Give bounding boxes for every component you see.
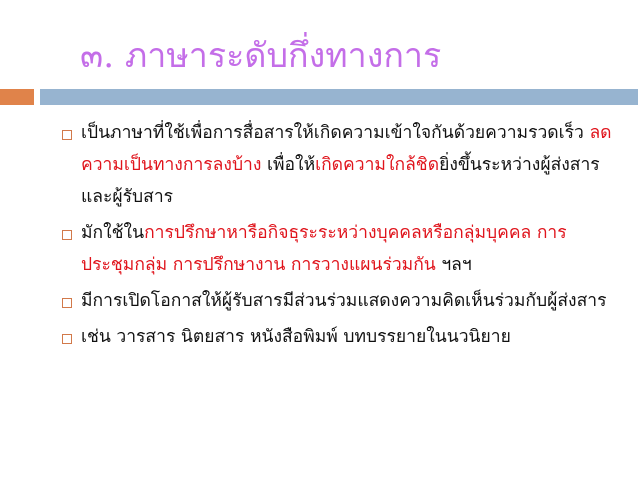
bullet-text: มีการเปิดโอกาสให้ผู้รับสารมีส่วนร่วมแสดง… — [81, 291, 607, 311]
bullet-text: เช่น วารสาร นิตยสาร หนังสือพิมพ์ บทบรรยา… — [81, 327, 511, 347]
highlighted-text: เกิดความใกล้ชิด — [315, 155, 439, 175]
accent-bar-orange — [0, 89, 34, 105]
accent-bar-blue — [40, 89, 638, 105]
slide-title: ๓. ภาษาระดับกึ่งทางการ — [80, 28, 441, 82]
square-bullet-icon — [62, 334, 72, 344]
bullet-item-2: มักใช้ในการปรึกษาหารือกิจธุระระหว่างบุคค… — [56, 217, 616, 281]
highlighted-text: การปรึกษาหารือกิจธุระระหว่างบุคคลหรือกลุ… — [81, 223, 567, 275]
bullet-text: มักใช้ใน — [81, 223, 144, 243]
bullet-text: ฯลฯ — [436, 255, 472, 275]
bullet-text: เพื่อให้ — [261, 155, 315, 175]
bullet-item-1: เป็นภาษาที่ใช้เพื่อการสื่อสารให้เกิดความ… — [56, 117, 616, 213]
bullet-list: เป็นภาษาที่ใช้เพื่อการสื่อสารให้เกิดความ… — [56, 117, 616, 357]
square-bullet-icon — [62, 130, 72, 140]
bullet-text: เป็นภาษาที่ใช้เพื่อการสื่อสารให้เกิดความ… — [81, 123, 589, 143]
square-bullet-icon — [62, 298, 72, 308]
bullet-item-4: เช่น วารสาร นิตยสาร หนังสือพิมพ์ บทบรรยา… — [56, 321, 616, 353]
square-bullet-icon — [62, 230, 72, 240]
bullet-item-3: มีการเปิดโอกาสให้ผู้รับสารมีส่วนร่วมแสดง… — [56, 285, 616, 317]
